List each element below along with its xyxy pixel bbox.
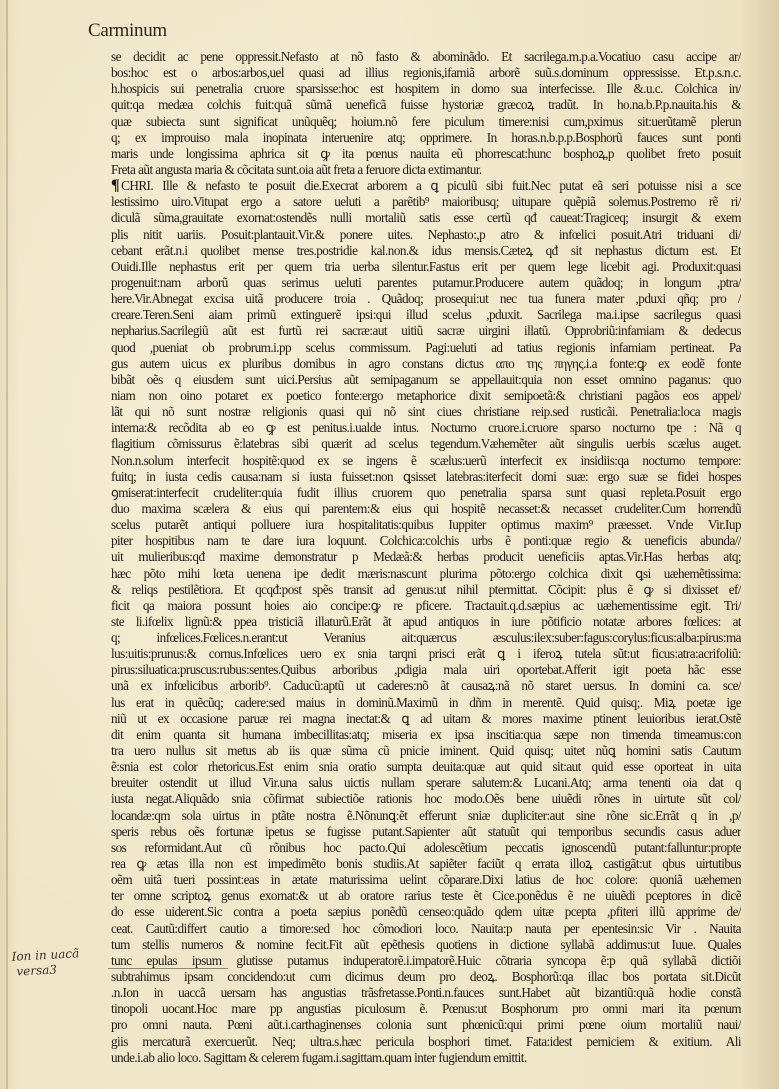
text-line: Ouidi.Ille nephastus erit per quem tria … [111,259,741,275]
text-line: rea ꝙ ætas illa non est impedimẽto bonis… [111,856,741,872]
scanned-page: Carminum se decidit ac pene oppressit.Ne… [0,0,779,1089]
text-line: scelus putarẽt antiqui polluere iura hos… [111,517,741,533]
text-line: niũ ut ex occasione paruæ rei magna inec… [111,711,741,727]
text-line: iusta negat.Aliquãdo snia cõfirmat subie… [111,791,741,807]
text-line: flagitium cõmissurus ẽ:latebras sibi quæ… [111,436,741,452]
text-line: sos reformidant.Aut cũ rõnibus hoc pacto… [111,840,741,856]
text-line: locandæ:qm sola uirtus in ptãte nostra ẽ… [111,808,741,824]
text-line: ¶CHRI. Ille & nefasto te posuit die.Exec… [111,178,741,194]
handwritten-marginal-note: Ion in uacã versa3 [11,946,80,979]
text-line: .n.Ion in uaccã uersam has angustias trã… [111,985,741,1001]
text-line: quod ,pueniat ob probrum.i.pp scelus com… [111,340,741,356]
text-line: tinopoli uocant.Hoc mare pp angustias pi… [111,1001,741,1017]
text-line: oẽm uitã tueri possint:eas in ætate matu… [111,872,741,888]
text-line: lestissimo uiro.Vitupat ergo a satore ue… [111,194,741,210]
text-line: pro omni nauta. Pœni aũt.i.carthaginense… [111,1017,741,1033]
text-line: niam non oino potaret ex poetico fonte:e… [111,388,741,404]
text-line: ceat. Cautũ:differt cautio a timore:sed … [111,921,741,937]
text-line: here.Vir.Abnegat excisa uitã producere t… [111,291,741,307]
text-line: q; infœlices.Fœlices.n.erant:ut Veranius… [111,630,741,646]
text-line: q; ex improuiso mala inopinata interueni… [111,130,741,146]
text-line: interna:& recõdita ab eo ꝙ est penitus.i… [111,420,741,436]
text-line: Non.n.solum interfecit hospitẽ:quod ex s… [111,453,741,469]
text-line: do esse uiderent.Sic contra a poeta sæpi… [111,904,741,920]
text-line: duo maxima scælera & eius qui parentem:&… [111,501,741,517]
text-line: pirus:siluatica:pruscus:rubus:sentes.Qui… [111,662,741,678]
text-line: lãt qui nõ sunt nostræ religionis quasi … [111,404,741,420]
text-line: giis mercaturã exercuerũt. Neq; ultra.s.… [111,1034,741,1050]
text-line: diculã sũma,grauitate exornat:ostendẽs n… [111,210,741,226]
text-line: lus erat in quẽcũq; cadere:sed maius in … [111,695,741,711]
text-line: breuiter ostendit ut illud Vir.una salus… [111,775,741,791]
text-line: ꝯmiserat:interfecit crudeliter:quia fudi… [111,485,741,501]
text-line: uit mulieribus:qđ maxime demonstratur p … [111,549,741,565]
text-line: fuitq; in iusta cedis causa:nam si iusta… [111,469,741,485]
text-line: creare.Teren.Seni aiam primũ extinguerẽ … [111,307,741,323]
text-line: tum stellis numeros & nomine fecit.Fit a… [111,937,741,953]
text-line: hæc põto mihi lœta uenena ipe dedit mæri… [111,566,741,582]
text-line-content: CHRI. Ille & nefasto te posuit die.Execr… [121,178,741,193]
commentary-text-block: se decidit ac pene oppressit.Nefasto at … [111,49,741,1066]
text-line: quæ subiecta sunt significat unũquẽq; ho… [111,114,741,130]
marginal-note-line-2: versa3 [12,961,80,980]
text-line: subtrahimus ipsam concidendo:ut cum dici… [111,969,741,985]
text-line: dit enim quanta sit humana imbecillitas:… [111,727,741,743]
text-line: tra uero nullus sit metus ab iis quæ sũm… [111,743,741,759]
text-line: ficit qa maiora possunt hoies aio concip… [111,598,741,614]
text-line: bibãt oẽs q eiusdem sunt uici.Persius aũ… [111,372,741,388]
text-line: tunc epulas ipsum glutisse putamus indup… [111,953,741,969]
text-line: cebant erãt.n.i quolibet mense tres.post… [111,243,741,259]
text-line: h.hospicis sui penetralia cruore sparsis… [111,81,741,97]
text-line: plis nitit uariis. Posuit:plantauit.Vir.… [111,227,741,243]
text-line: se decidit ac pene oppressit.Nefasto at … [111,49,741,65]
text-line: ste li.ifœlix lignũ:& ppea tristiciã ill… [111,614,741,630]
text-line: gus autem uicus ex pluribus domibus in a… [111,356,741,372]
text-line: progenuit:nam arborũ quas serimus ueluti… [111,275,741,291]
text-line: & reliqs pestilẽtiora. Et qcqđ:post spẽs… [111,582,741,598]
text-line: ter omne scriptoꝝ genus exornat:& ut ab … [111,888,741,904]
text-line: Freta aũt angusta maria & cõcitata sunt.… [111,162,741,178]
handwritten-underline [108,968,228,969]
text-line: maris unde longissima aphrica sit ꝙ ita … [111,146,741,162]
text-line: unde.i.ab alio loco. Sagittam & celerem … [111,1050,741,1066]
text-line: quit:qa medæa colchis fuit:quã sũmã uene… [111,97,741,113]
text-line: speris rebus oẽs fortunæ ipetus se fugis… [111,824,741,840]
running-head: Carminum [88,20,167,42]
paragraph-marker-icon: ¶ [111,178,119,194]
text-line: ẽ:snia est color rhetoricus.Est enim sni… [111,759,741,775]
text-line: unã ex infœlicibus arborib⁹. Caducũ:aptũ… [111,678,741,694]
text-line: nepharius.Sacrilegiũ aũt est furtũ rei s… [111,323,741,339]
page-binding-edge [6,0,8,1089]
text-line: piter hospitibus nam te dare iura loquun… [111,533,741,549]
text-line: bos:hoc est o arbos:arbos,uel quasi ad i… [111,65,741,81]
text-line: lus:uitis:prunus:& cornus.Infœlices uero… [111,646,741,662]
